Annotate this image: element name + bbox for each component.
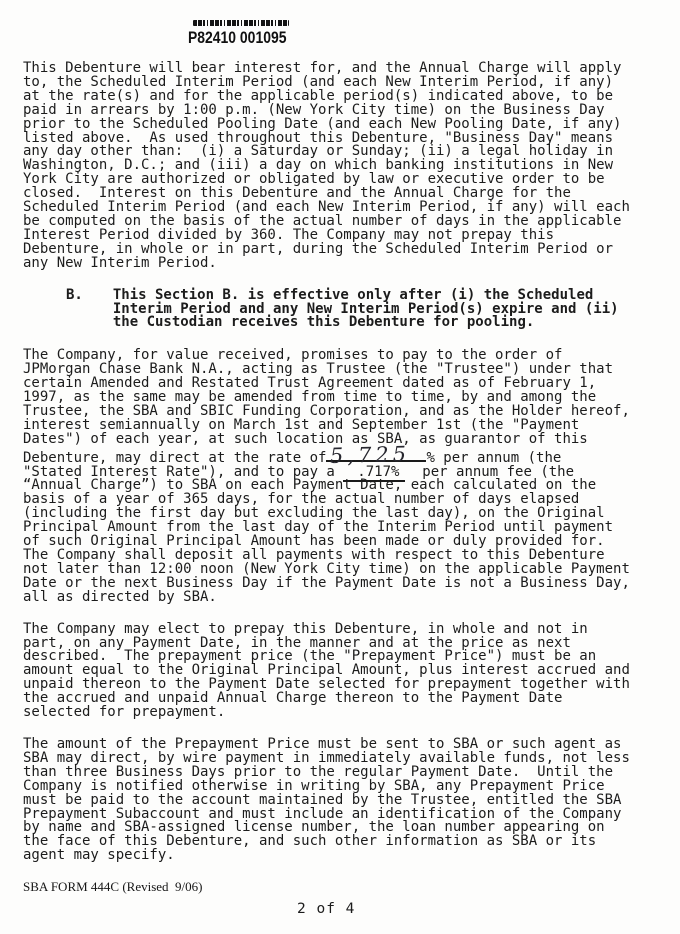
stated-interest-rate-value: 5,725 [330, 448, 410, 464]
stated-interest-rate-blank: 5,725 [326, 447, 426, 462]
barcode-block: P82410 001095 [188, 20, 308, 48]
document-page: P82410 001095 This Debenture will bear i… [0, 0, 680, 934]
paragraph-prepayment-remittance: The amount of the Prepayment Price must … [23, 738, 639, 863]
page-number: 2 of 4 [297, 901, 355, 917]
section-b-text: This Section B. is effective only after … [113, 289, 619, 331]
paragraph-interest-accrual: This Debenture will bear interest for, a… [23, 62, 639, 271]
section-b-heading: B. This Section B. is effective only aft… [66, 289, 639, 331]
paragraph-payment-promise: The Company, for value received, promise… [23, 349, 639, 604]
section-b-label: B. [66, 289, 83, 331]
document-body: This Debenture will bear interest for, a… [23, 62, 639, 881]
barcode-text: P82410 001095 [188, 28, 286, 48]
payment-promise-text-3: per annum fee (the “Annual Charge”) to S… [23, 464, 630, 605]
barcode-icon [193, 20, 289, 26]
form-number: SBA FORM 444C (Revised 9/06) [23, 879, 203, 895]
paragraph-prepayment-election: The Company may elect to prepay this Deb… [23, 623, 639, 720]
